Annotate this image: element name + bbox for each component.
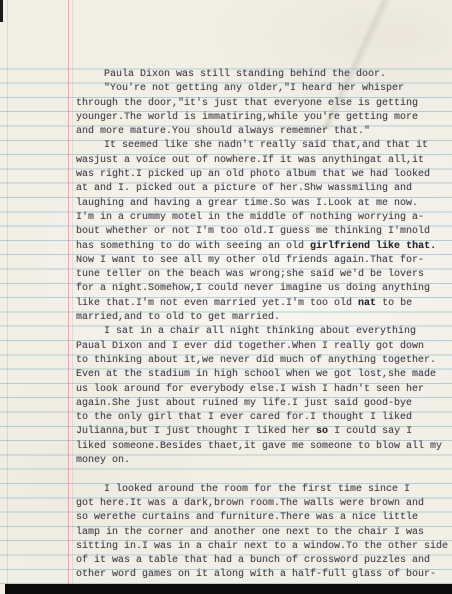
typed-text-segment: got here.It was a dark,brown room.The wa…: [76, 498, 424, 509]
typed-text-segment: I looked around the room for the first t…: [104, 484, 410, 495]
text-line: sitting in.I was in a chair next to a wi…: [76, 540, 446, 554]
text-line: to the only girl that I ever cared for.I…: [76, 411, 446, 425]
typed-text-segment: I sat in a chair all night thinking abou…: [104, 326, 416, 337]
text-line: other word games on it along with a half…: [76, 568, 446, 582]
text-line: Paual Dixon and I ever did together.When…: [76, 340, 446, 354]
typed-text-segment: laughing and having a grear time.So was …: [76, 198, 418, 209]
text-line: money on.: [76, 454, 446, 468]
text-line: was right.I picked up an old photo album…: [76, 168, 446, 182]
typed-text-segment: Paula Dixon was still standing behind th…: [104, 69, 386, 80]
text-line: like that.I'm not even married yet.I'm t…: [76, 297, 446, 311]
typed-text-segment: tune teller on the beach was wrong;she s…: [76, 269, 424, 280]
text-line: Now I want to see all my other old frien…: [76, 254, 446, 268]
typed-text-segment: of it was a table that had a bunch of cr…: [76, 555, 430, 566]
text-line: younger.The world is immatiring,while yo…: [76, 111, 446, 125]
typed-text-segment: to thinking about it,we never did much o…: [76, 355, 436, 366]
text-line: "You're not getting any older,"I heard h…: [76, 82, 446, 96]
typed-text-segment: at and I. picked out a picture of her.Sh…: [76, 183, 412, 194]
text-line: laughing and having a grear time.So was …: [76, 197, 446, 211]
typed-text-segment: I could say I: [328, 426, 412, 437]
typed-text-segment: younger.The world is immatiring,while yo…: [76, 112, 418, 123]
typed-text-segment: I'm in a crummy motel in the middle of n…: [76, 212, 424, 223]
text-line: liked someone.Besides thaet,it gave me s…: [76, 440, 446, 454]
text-line: I'm in a crummy motel in the middle of n…: [76, 211, 446, 225]
text-line: of it was a table that had a bunch of cr…: [76, 554, 446, 568]
typed-text-segment: Paual Dixon and I ever did together.When…: [76, 341, 424, 352]
text-line: got here.It was a dark,brown room.The wa…: [76, 497, 446, 511]
scan-artifact-bottom-bar: [5, 584, 452, 594]
text-line: married,and to old to get married.: [76, 311, 446, 325]
typed-text-segment: money on.: [76, 455, 130, 466]
text-line: through the door,"it's just that everyon…: [76, 97, 446, 111]
typed-text-segment: "You're not getting any older,"I heard h…: [104, 83, 404, 94]
typed-text-segment: for a night.Somehow,I could never imagin…: [76, 283, 430, 294]
text-line: bout whether or not I'm too old.I guess …: [76, 225, 446, 239]
typed-text-segment: sitting in.I was in a chair next to a wi…: [76, 541, 448, 552]
text-line: lamp in the corner and another one next …: [76, 526, 446, 540]
paper-left-edge: [7, 0, 8, 594]
typed-text-segment: wasjust a voice out of nowhere.If it was…: [76, 155, 424, 166]
typed-text: Paula Dixon was still standing behind th…: [76, 68, 446, 583]
typed-text-segment: other word games on it along with a half…: [76, 569, 436, 580]
scanned-page: Paula Dixon was still standing behind th…: [0, 0, 452, 594]
typed-text-segment: to the only girl that I ever cared for.I…: [76, 412, 412, 423]
typed-text-segment: so werethe curtains and furniture.There …: [76, 512, 418, 523]
typed-text-segment: lamp in the corner and another one next …: [76, 527, 424, 538]
text-line: I sat in a chair all night thinking abou…: [76, 325, 446, 339]
typed-text-segment: Now I want to see all my other old frien…: [76, 255, 424, 266]
text-line: at and I. picked out a picture of her.Sh…: [76, 182, 446, 196]
text-line: I looked around the room for the first t…: [76, 483, 446, 497]
text-line: us look around for everybody else.I wish…: [76, 383, 446, 397]
typed-text-bold-segment: so: [316, 426, 328, 437]
text-line: so werethe curtains and furniture.There …: [76, 511, 446, 525]
typed-text-bold-segment: girlfriend like that.: [310, 241, 436, 252]
typed-text-bold-segment: nat: [358, 298, 376, 309]
typed-text-segment: liked someone.Besides thaet,it gave me s…: [76, 441, 442, 452]
text-line: tune teller on the beach was wrong;she s…: [76, 268, 446, 282]
typed-text-segment: It seemed like she nadn't really said th…: [104, 140, 428, 151]
scan-artifact-corner: [0, 0, 3, 22]
text-line: for a night.Somehow,I could never imagin…: [76, 282, 446, 296]
typed-text-segment: again.She just about ruined my life.I ju…: [76, 398, 412, 409]
typed-text-segment: Julianna,but I just thought I liked her: [76, 426, 316, 437]
typed-text-segment: us look around for everybody else.I wish…: [76, 384, 424, 395]
typed-text-segment: to be: [376, 298, 412, 309]
typed-text-segment: bout whether or not I'm too old.I guess …: [76, 226, 430, 237]
blank-line: [76, 468, 446, 482]
typed-text-segment: like that.I'm not even married yet.I'm t…: [76, 298, 358, 309]
text-line: again.She just about ruined my life.I ju…: [76, 397, 446, 411]
typed-text-segment: has something to do with seeing an old: [76, 241, 310, 252]
text-line: and more mature.You should always rememn…: [76, 125, 446, 139]
text-line: to thinking about it,we never did much o…: [76, 354, 446, 368]
typed-text-segment: Even at the stadium in high school when …: [76, 369, 436, 380]
typed-text-segment: through the door,"it's just that everyon…: [76, 98, 418, 109]
text-line: It seemed like she nadn't really said th…: [76, 139, 446, 153]
text-line: Even at the stadium in high school when …: [76, 368, 446, 382]
typed-text-segment: married,and to old to get married.: [76, 312, 280, 323]
text-line: has something to do with seeing an old g…: [76, 240, 446, 254]
text-line: Julianna,but I just thought I liked her …: [76, 425, 446, 439]
text-line: Paula Dixon was still standing behind th…: [76, 68, 446, 82]
margin-line-bleed: [72, 0, 73, 594]
typed-text-segment: and more mature.You should always rememn…: [76, 126, 370, 137]
text-line: wasjust a voice out of nowhere.If it was…: [76, 154, 446, 168]
typed-text-segment: was right.I picked up an old photo album…: [76, 169, 430, 180]
margin-line: [68, 0, 69, 594]
